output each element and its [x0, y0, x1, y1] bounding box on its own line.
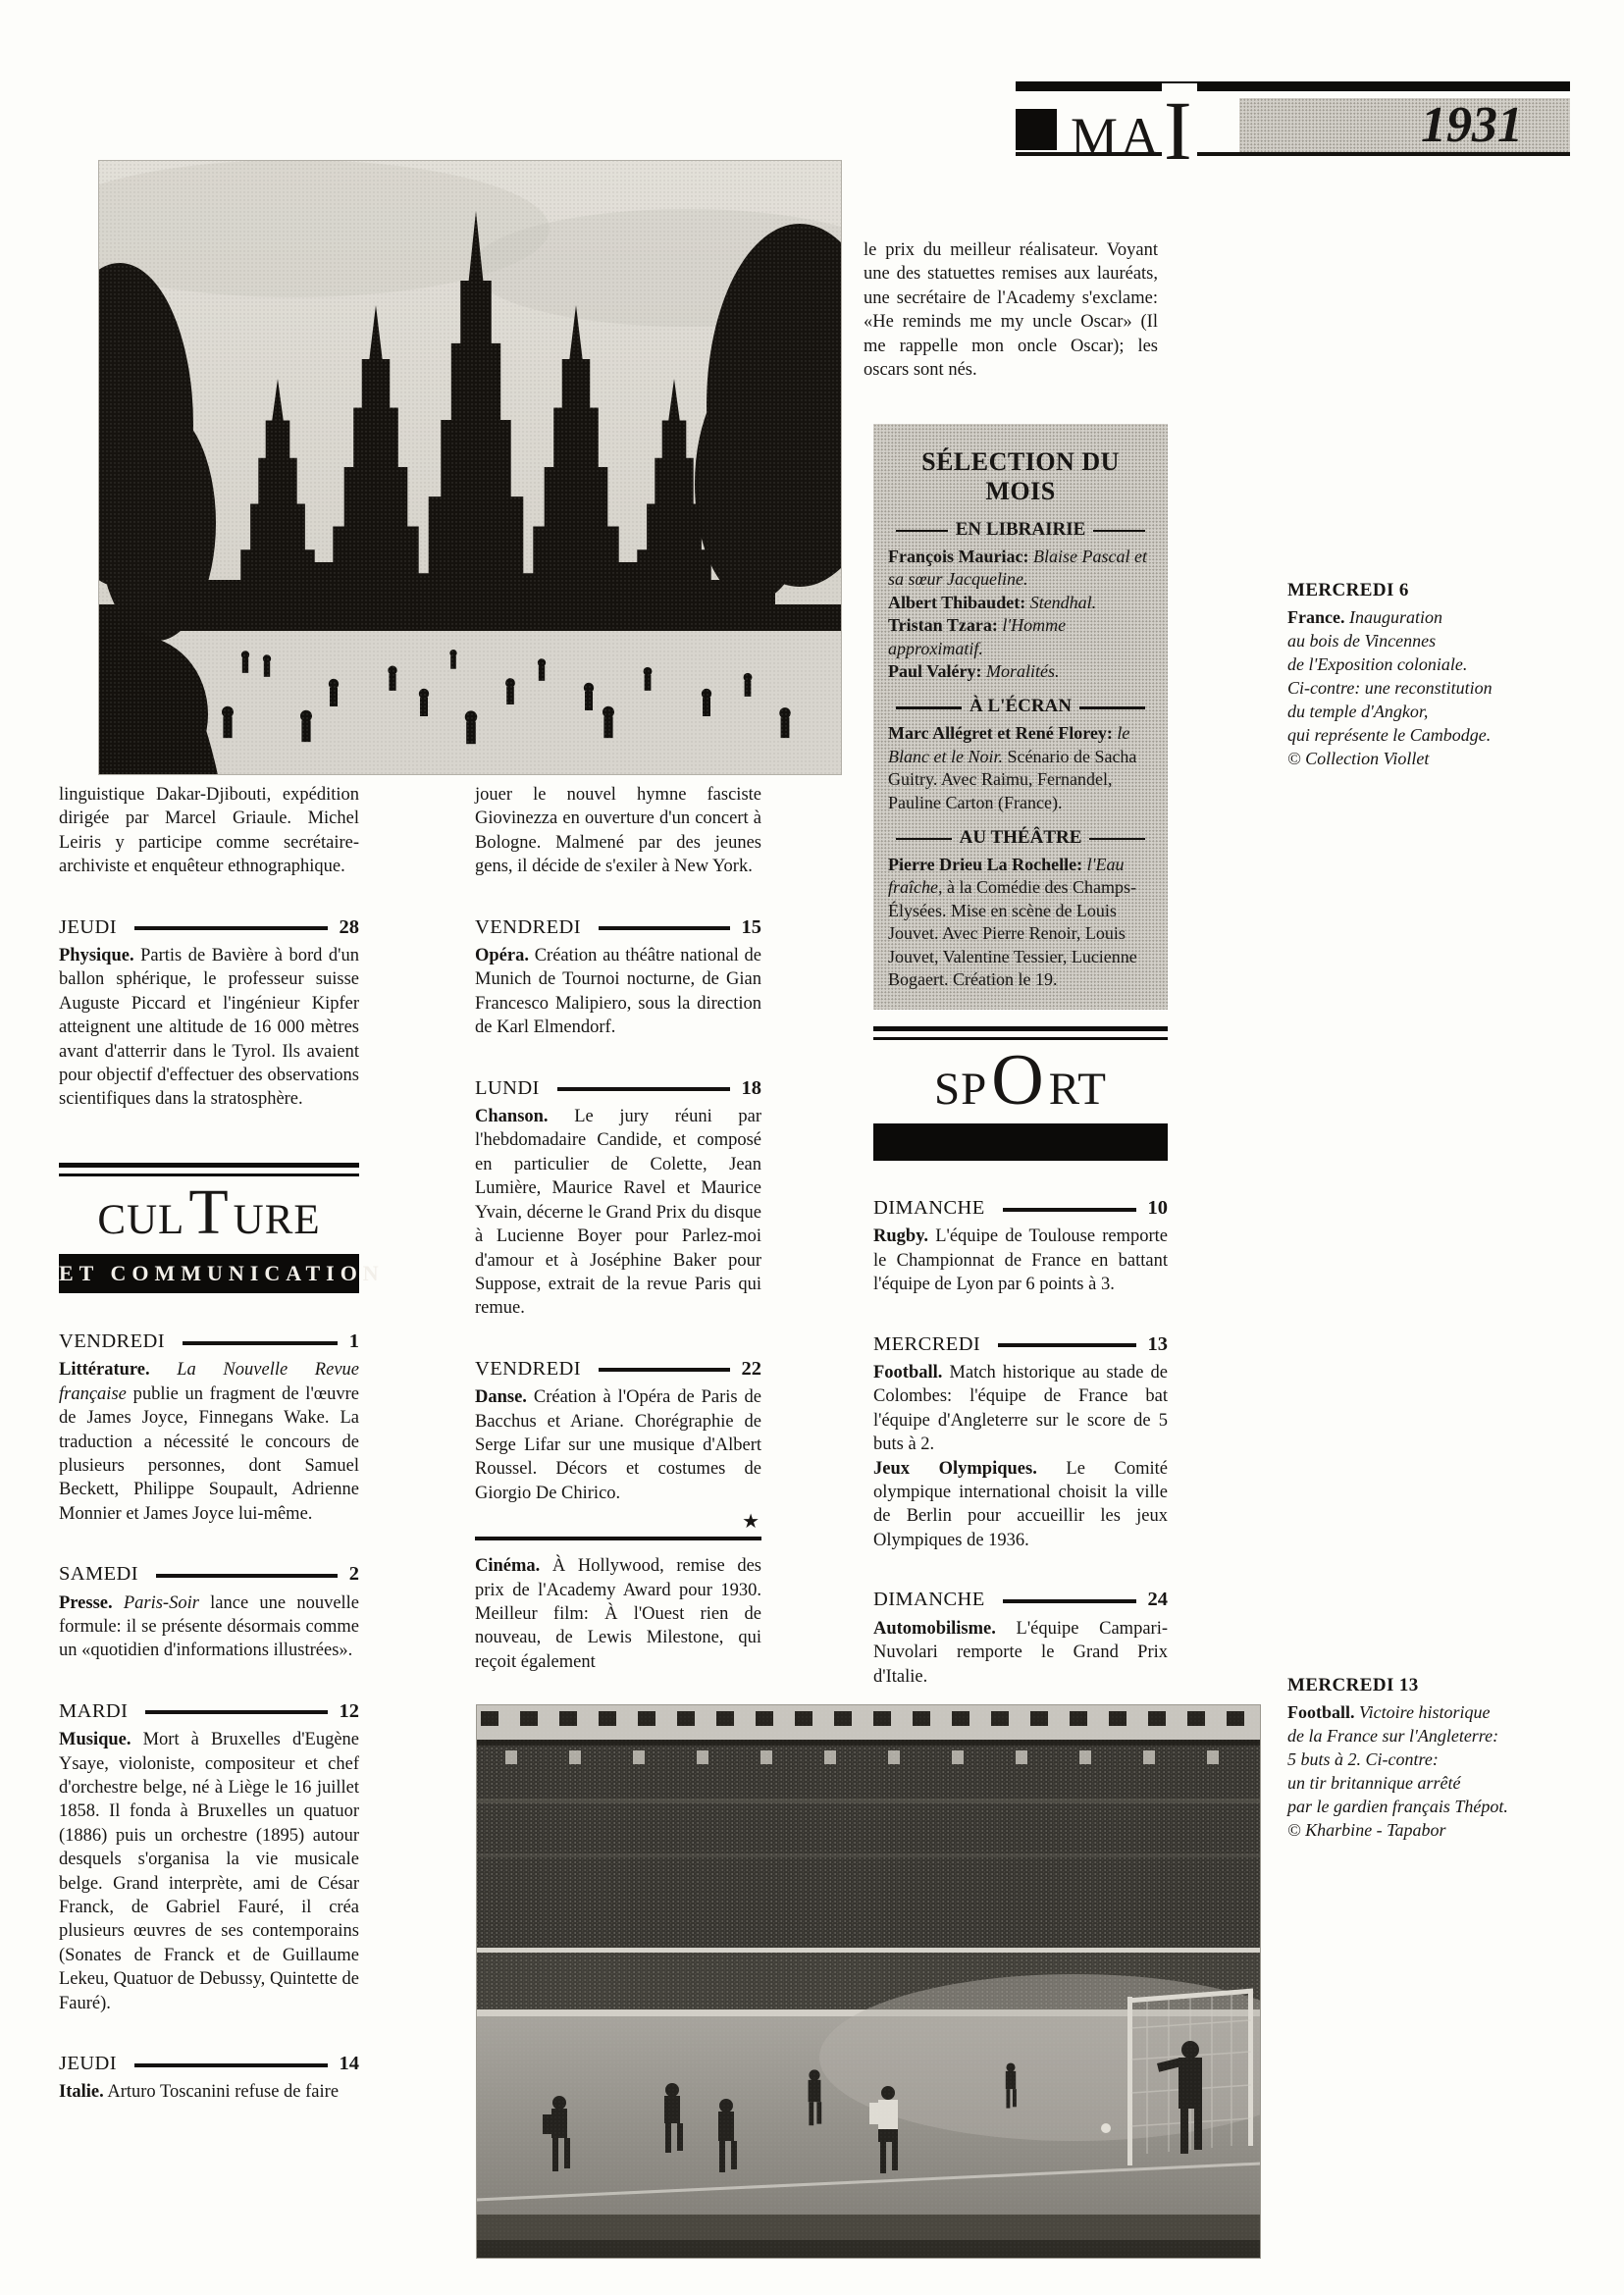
culture-title: CULTURE: [59, 1157, 359, 1245]
event-body: Physique. Partis de Bavière à bord d'un …: [59, 944, 359, 1112]
rule: [557, 1087, 730, 1091]
event-heading: SAMEDI 2: [59, 1562, 359, 1586]
theatre-heading: AU THÉÂTRE: [888, 827, 1153, 849]
event-body: Presse. Paris-Soir lance une nouvelle fo…: [59, 1591, 359, 1663]
dakar-djibouti-continuation: linguistique Dakar-Djibouti, expédition …: [59, 783, 359, 879]
selection-title: SÉLECTION DU MOIS: [888, 447, 1153, 506]
rule: [599, 1368, 730, 1372]
event-mercredi-13: MERCREDI 13 Football. Match historique a…: [873, 1332, 1168, 1553]
caption-credit: © Collection Viollet: [1287, 747, 1574, 770]
event-heading: VENDREDI 22: [475, 1357, 761, 1381]
ecran-heading: À L'ÉCRAN: [888, 696, 1153, 717]
play-entry: Pierre Drieu La Rochelle: l'Eau fraîche,…: [888, 854, 1153, 991]
rule: [896, 706, 962, 709]
event-samedi-2: SAMEDI 2 Presse. Paris-Soir lance une no…: [59, 1562, 359, 1663]
book-entry: Albert Thibaudet: Stendhal.: [888, 592, 1153, 614]
rule: [896, 530, 948, 533]
rule: [1079, 706, 1145, 709]
ecran-heading-text: À L'ÉCRAN: [969, 696, 1072, 717]
football-match-photo: [476, 1704, 1261, 2259]
sport-section-header: SPORT: [873, 1020, 1168, 1161]
oscars-continuation-paragraph: le prix du meilleur réalisateur. Voyant …: [864, 238, 1158, 382]
magazine-page: MAI 1931: [0, 0, 1624, 2295]
masthead-row: MAI 1931: [1016, 98, 1570, 156]
event-body: Football. Match historique au stade de C…: [873, 1361, 1168, 1457]
sport-title: SPORT: [873, 1020, 1168, 1117]
event-heading: MARDI 12: [59, 1699, 359, 1723]
rule: [1003, 1599, 1136, 1603]
selection-du-mois-box: SÉLECTION DU MOIS EN LIBRAIRIE François …: [873, 424, 1168, 1010]
event-day: JEUDI: [59, 915, 117, 939]
book-entry: Tristan Tzara: l'Homme approximatif.: [888, 614, 1153, 660]
rule: [998, 1343, 1135, 1347]
year-badge: 1931: [1239, 98, 1570, 152]
sport-section: SPORT DIMANCHE 10 Rugby. L'équipe de Tou…: [873, 1020, 1168, 1689]
event-dimanche-24: DIMANCHE 24 Automobilisme. L'équipe Camp…: [873, 1588, 1168, 1689]
culture-section-header: CULTURE ET COMMUNICATION: [59, 1157, 359, 1293]
column-middle: jouer le nouvel hymne fasciste Giovinezz…: [475, 783, 761, 1674]
column-left: linguistique Dakar-Djibouti, expédition …: [59, 783, 359, 2105]
rule: [599, 926, 730, 930]
event-body: Chanson. Le jury réuni par l'hebdomadair…: [475, 1105, 761, 1321]
event-vendredi-15: VENDREDI 15 Opéra. Création au théâtre n…: [475, 915, 761, 1040]
event-jeudi-28: JEUDI 28 Physique. Partis de Bavière à b…: [59, 915, 359, 1112]
event-body: Opéra. Création au théâtre national de M…: [475, 944, 761, 1040]
event-date-number: 28: [340, 915, 360, 939]
caption-day: MERCREDI 13: [1287, 1674, 1582, 1697]
culture-title-bigletter: T: [184, 1176, 233, 1248]
toscanini-continuation: jouer le nouvel hymne fasciste Giovinezz…: [475, 783, 761, 879]
star-icon: ★: [742, 1512, 760, 1532]
event-body: Rugby. L'équipe de Toulouse remporte le …: [873, 1225, 1168, 1296]
month-text: MAI: [1071, 83, 1197, 168]
rule: [156, 1574, 338, 1578]
event-body: Danse. Création à l'Opéra de Paris de Ba…: [475, 1385, 761, 1505]
event-lundi-18: LUNDI 18 Chanson. Le jury réuni par l'he…: [475, 1076, 761, 1321]
rule: [1089, 838, 1145, 841]
selection-section-librairie: EN LIBRAIRIE François Mauriac: Blaise Pa…: [888, 519, 1153, 683]
rule: [1093, 530, 1145, 533]
caption-body: France. Inauguration au bois de Vincenne…: [1287, 605, 1574, 747]
selection-section-ecran: À L'ÉCRAN Marc Allégret et René Florey: …: [888, 696, 1153, 814]
event-body-2: Jeux Olympiques. Le Comité olympique int…: [873, 1457, 1168, 1553]
librairie-heading: EN LIBRAIRIE: [888, 519, 1153, 541]
caption-day: MERCREDI 6: [1287, 579, 1574, 602]
book-entry: Paul Valéry: Moralités.: [888, 660, 1153, 683]
event-heading: VENDREDI 1: [59, 1330, 359, 1353]
column-top-right: le prix du meilleur réalisateur. Voyant …: [864, 238, 1158, 382]
event-mardi-12: MARDI 12 Musique. Mort à Bruxelles d'Eug…: [59, 1699, 359, 2015]
event-vendredi-1: VENDREDI 1 Littérature. La Nouvelle Revu…: [59, 1330, 359, 1526]
event-heading: JEUDI 14: [59, 2052, 359, 2075]
librairie-heading-text: EN LIBRAIRIE: [956, 519, 1086, 541]
event-heading: LUNDI 18: [475, 1076, 761, 1100]
rule: [145, 1710, 327, 1714]
caption-body: Football. Victoire historique de la Fran…: [1287, 1700, 1582, 1818]
event-body: Littérature. La Nouvelle Revue française…: [59, 1358, 359, 1526]
book-entry: François Mauriac: Blaise Pascal et sa sœ…: [888, 546, 1153, 592]
event-body: Musique. Mort à Bruxelles d'Eugène Ysaye…: [59, 1728, 359, 2015]
event-body: Automobilisme. L'équipe Campari-Nuvolari…: [873, 1617, 1168, 1689]
event-heading: VENDREDI 15: [475, 915, 761, 939]
month-text-bigletter: I: [1162, 83, 1197, 178]
event-dimanche-10: DIMANCHE 10 Rugby. L'équipe de Toulouse …: [873, 1196, 1168, 1297]
angkor-temple-photo: [98, 160, 842, 775]
event-jeudi-14: JEUDI 14 Italie. Arturo Toscanini refuse…: [59, 2052, 359, 2105]
masthead: MAI 1931: [1016, 81, 1570, 156]
square-bullet-icon: [1016, 109, 1057, 150]
rule: [183, 1341, 338, 1345]
month-text-pre: MA: [1071, 107, 1162, 166]
rule: [1003, 1208, 1136, 1212]
sport-title-bigletter: O: [987, 1040, 1048, 1121]
caption-credit: © Kharbine - Tapabor: [1287, 1818, 1582, 1842]
event-heading: DIMANCHE 24: [873, 1588, 1168, 1611]
rule: [134, 926, 328, 930]
photo-caption-angkor: MERCREDI 6 France. Inauguration au bois …: [1287, 579, 1574, 770]
year-text: 1931: [1421, 96, 1523, 154]
theatre-heading-text: AU THÉÂTRE: [960, 827, 1082, 849]
selection-section-theatre: AU THÉÂTRE Pierre Drieu La Rochelle: l'E…: [888, 827, 1153, 991]
photo-caption-football: MERCREDI 13 Football. Victoire historiqu…: [1287, 1674, 1582, 1842]
event-vendredi-22: VENDREDI 22 Danse. Création à l'Opéra de…: [475, 1357, 761, 1505]
event-heading: JEUDI 28: [59, 915, 359, 939]
star-divider: ★: [475, 1537, 761, 1540]
rule: [134, 2063, 328, 2067]
event-heading: DIMANCHE 10: [873, 1196, 1168, 1220]
event-body: Italie. Arturo Toscanini refuse de faire: [59, 2080, 359, 2104]
cinema-paragraph: Cinéma. À Hollywood, remise des prix de …: [475, 1554, 761, 1674]
month-title: MAI: [1016, 98, 1239, 152]
sport-black-bar: [873, 1123, 1168, 1161]
event-heading: MERCREDI 13: [873, 1332, 1168, 1356]
rule: [896, 838, 952, 841]
culture-subtitle-bar: ET COMMUNICATION: [59, 1254, 359, 1293]
film-entry: Marc Allégret et René Florey: le Blanc e…: [888, 722, 1153, 814]
